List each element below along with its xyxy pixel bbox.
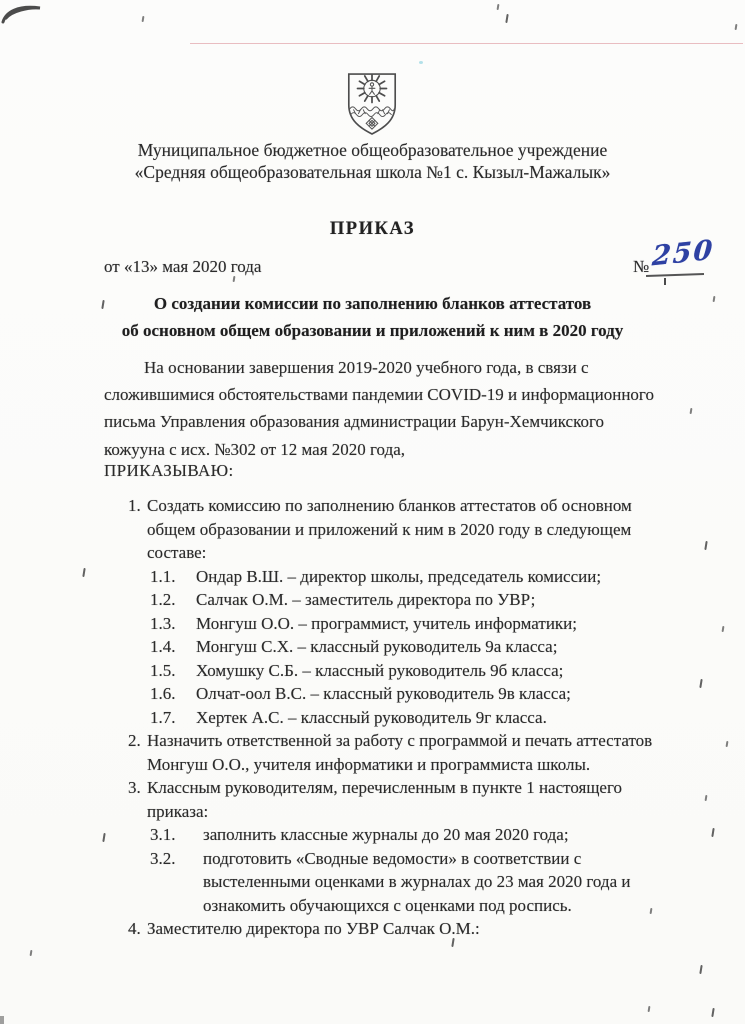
scan-artifact [735, 24, 738, 30]
list-item-number: 3.1. [150, 823, 176, 847]
intro-line: письма Управления образования администра… [104, 408, 654, 435]
list-item-number: 3. [128, 776, 141, 800]
scanned-order-document: Муниципальное бюджетное общеобразователь… [0, 0, 745, 1024]
list-item-number: 1.7. [150, 706, 176, 730]
list-item-number: 2. [128, 729, 141, 753]
scan-artifact [711, 1008, 714, 1017]
list-item-number: 1.6. [150, 682, 176, 706]
scan-artifact [497, 4, 500, 10]
scan-artifact [30, 950, 33, 956]
number-underline [646, 273, 704, 277]
intro-line: сложившимися обстоятельствами пандемии C… [104, 381, 654, 408]
scan-artifact [190, 43, 743, 44]
list-item-line: Монгуш О.О. – программист, учитель инфор… [0, 612, 745, 636]
list-item: 4. Заместителю директора по УВР Салчак О… [0, 917, 745, 941]
scan-artifact [0, 0, 52, 30]
list-item: 1. Создать комиссию по заполнению бланко… [0, 494, 745, 518]
list-item-number: 4. [128, 917, 141, 941]
scan-artifact [690, 408, 693, 414]
org-name-line2: «Средняя общеобразовательная школа №1 с.… [0, 161, 745, 183]
coat-of-arms-icon [343, 70, 401, 138]
date-line: от «13» мая 2020 года [104, 257, 261, 277]
list-item-line: Ондар В.Ш. – директор школы, председател… [0, 565, 745, 589]
list-item: 1.7. Хертек А.С. – классный руководитель… [0, 706, 745, 730]
list-item: 3. Классным руководителям, перечисленным… [0, 776, 745, 800]
list-item: 1.6. Олчат-оол В.С. – классный руководит… [0, 682, 745, 706]
list-item-line: приказа: [0, 800, 745, 824]
list-item-line: подготовить «Сводные ведомости» в соотве… [0, 847, 745, 871]
scan-artifact [0, 1016, 4, 1024]
scan-artifact [419, 61, 423, 64]
list-item-line: Монгуш С.Х. – классный руководитель 9а к… [0, 635, 745, 659]
list-item-number: 3.2. [150, 847, 176, 871]
list-item: 3.1. заполнить классные журналы до 20 ма… [0, 823, 745, 847]
list-item-number: 1.4. [150, 635, 176, 659]
list-item-number: 1. [128, 494, 141, 518]
scan-artifact [648, 1006, 651, 1012]
list-item-line: Хомушку С.Б. – классный руководитель 9б … [0, 659, 745, 683]
org-name-line1: Муниципальное бюджетное общеобразователь… [0, 139, 745, 161]
intro-line: На основании завершения 2019-2020 учебно… [104, 354, 654, 381]
resolution-label: ПРИКАЗЫВАЮ: [104, 461, 234, 481]
intro-paragraph: На основании завершения 2019-2020 учебно… [104, 354, 654, 463]
list-item-line: Назначить ответственной за работу с прог… [0, 729, 745, 753]
list-item-line: Монгуш О.О., учителя информатики и прогр… [0, 753, 745, 777]
list-item: 1.3. Монгуш О.О. – программист, учитель … [0, 612, 745, 636]
list-item-number: 1.1. [150, 565, 176, 589]
list-item: 1.2. Салчак О.М. – заместитель директора… [0, 588, 745, 612]
list-item: 3.2. подготовить «Сводные ведомости» в с… [0, 847, 745, 871]
list-item: 1.4. Монгуш С.Х. – классный руководитель… [0, 635, 745, 659]
org-name: Муниципальное бюджетное общеобразователь… [0, 139, 745, 183]
list-item-line: составе: [0, 541, 745, 565]
list-item-number: 1.2. [150, 588, 176, 612]
subject-title: О создании комиссии по заполнению бланко… [0, 291, 745, 344]
list-item-number: 1.3. [150, 612, 176, 636]
list-item-line: Создать комиссию по заполнению бланков а… [0, 494, 745, 518]
subject-line2: об основном общем образовании и приложен… [0, 318, 745, 345]
list-item-line: Олчат-оол В.С. – классный руководитель 9… [0, 682, 745, 706]
list-item-line: Классным руководителям, перечисленным в … [0, 776, 745, 800]
list-item-line: заполнить классные журналы до 20 мая 202… [0, 823, 745, 847]
scan-artifact [505, 14, 508, 23]
intro-line: кожууна с исх. №302 от 12 мая 2020 года, [104, 436, 654, 463]
scan-artifact [142, 16, 145, 22]
doc-type-title: ПРИКАЗ [0, 219, 745, 240]
list-item: 1.5. Хомушку С.Б. – классный руководител… [0, 659, 745, 683]
list-item: 1.1. Ондар В.Ш. – директор школы, предсе… [0, 565, 745, 589]
list-item-line: общем образовании и приложений к ним в 2… [0, 518, 745, 542]
scan-artifact [699, 965, 702, 974]
list-item-line: Салчак О.М. – заместитель директора по У… [0, 588, 745, 612]
list-item: 2. Назначить ответственной за работу с п… [0, 729, 745, 753]
subject-line1: О создании комиссии по заполнению бланко… [0, 291, 745, 318]
list-item-line: выстеленными оценками в журналах до 23 м… [0, 870, 745, 894]
handwritten-order-number: 250 [651, 235, 715, 273]
list-item-line: Заместителю директора по УВР Салчак О.М.… [0, 917, 745, 941]
scan-artifact [664, 278, 666, 285]
list-item-line: ознакомить обучающихся с оценками под ро… [0, 894, 745, 918]
list-item-number: 1.5. [150, 659, 176, 683]
order-items-list: 1. Создать комиссию по заполнению бланко… [0, 494, 745, 941]
list-item-line: Хертек А.С. – классный руководитель 9г к… [0, 706, 745, 730]
